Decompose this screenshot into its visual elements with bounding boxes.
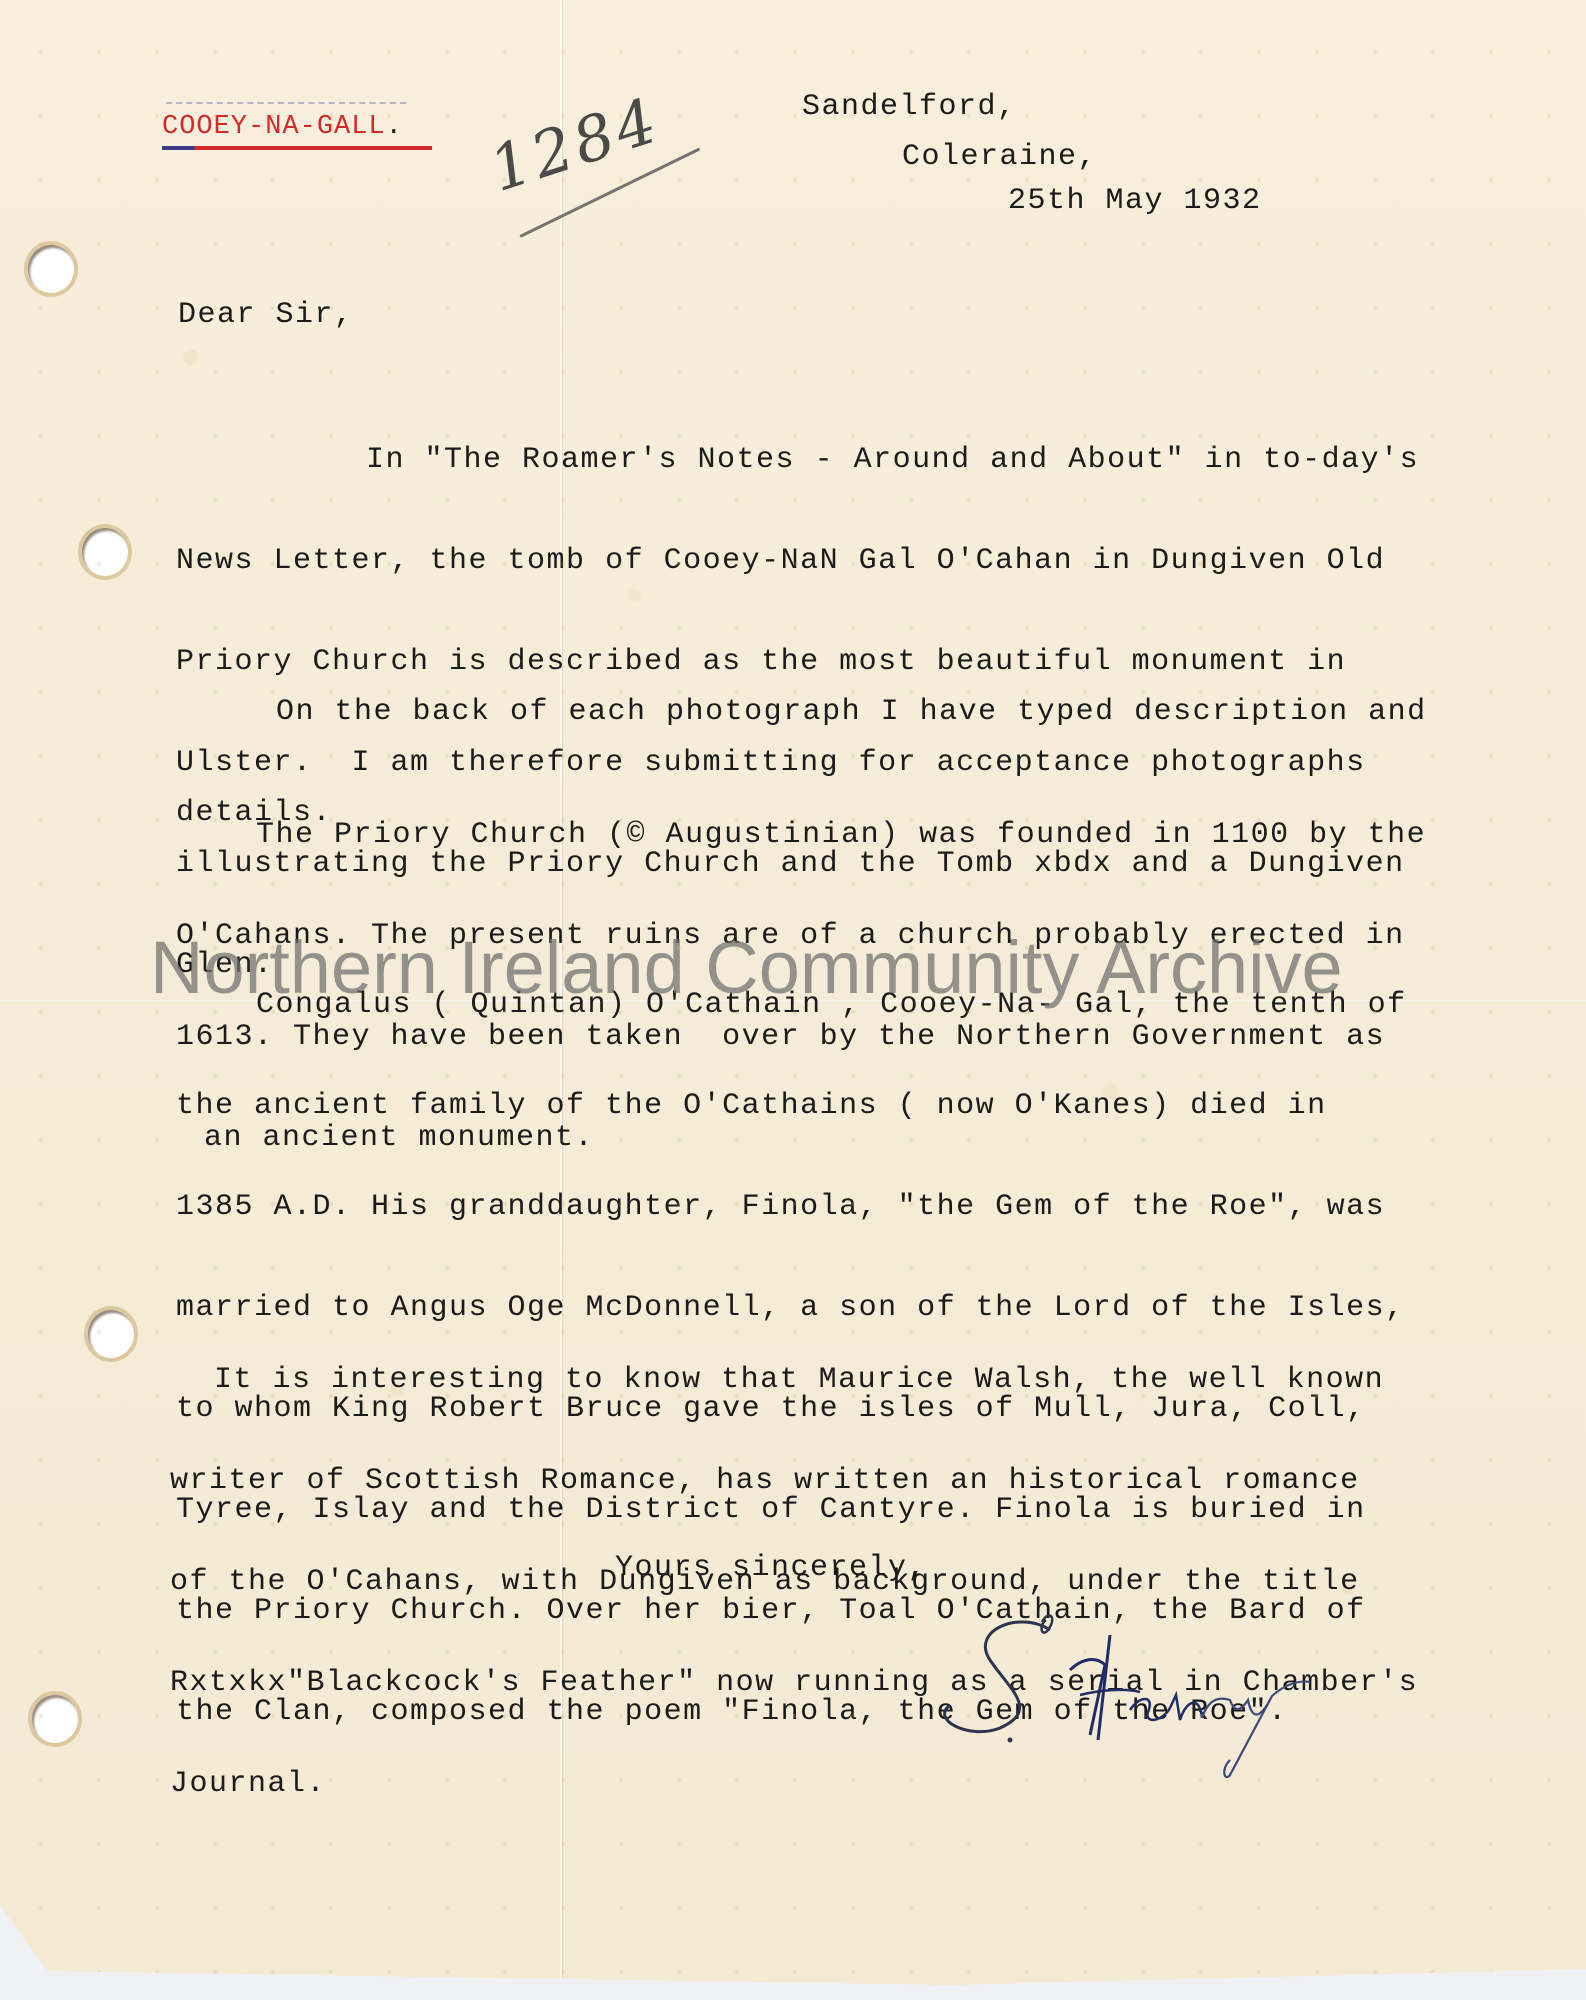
letter-date: 25th May 1932	[1008, 186, 1262, 216]
paragraph-line: 1385 A.D. His granddaughter, Finola, "th…	[176, 1192, 1407, 1233]
letterhead-underline	[162, 146, 432, 150]
paragraph-line: writer of Scottish Romance, has written …	[170, 1466, 1418, 1507]
signature-icon	[930, 1600, 1350, 1780]
letterhead-dashes	[166, 102, 406, 105]
paragraph-line: In "The Roamer's Notes - Around and Abou…	[176, 445, 1419, 486]
letter-paper: COOEY-NA-GALL. 1284 Sandelford, Colerain…	[0, 0, 1586, 1985]
address-line-1: Sandelford,	[802, 92, 1017, 122]
punch-hole-icon	[82, 528, 128, 576]
watermark: Northern Ireland Community Archive	[150, 925, 1343, 1010]
paragraph-line: It is interesting to know that Maurice W…	[170, 1365, 1418, 1406]
punch-hole-icon	[28, 245, 74, 293]
paragraph-line: The Priory Church (© Augustinian) was fo…	[176, 820, 1426, 861]
closing: Yours sincerely,	[615, 1553, 927, 1583]
paragraph-line: On the back of each photograph I have ty…	[176, 697, 1427, 738]
paragraph-line: the ancient family of the O'Cathains ( n…	[176, 1091, 1407, 1132]
letterhead-title: COOEY-NA-GALL.	[162, 112, 403, 142]
archive-number: 1284	[481, 83, 669, 206]
salutation: Dear Sir,	[178, 300, 354, 330]
address-line-2: Coleraine,	[902, 142, 1097, 172]
punch-hole-icon	[32, 1695, 78, 1743]
paragraph-line: News Letter, the tomb of Cooey-NaN Gal O…	[176, 546, 1419, 587]
punch-hole-icon	[88, 1310, 134, 1358]
paragraph-5: It is interesting to know that Maurice W…	[170, 1305, 1418, 1870]
